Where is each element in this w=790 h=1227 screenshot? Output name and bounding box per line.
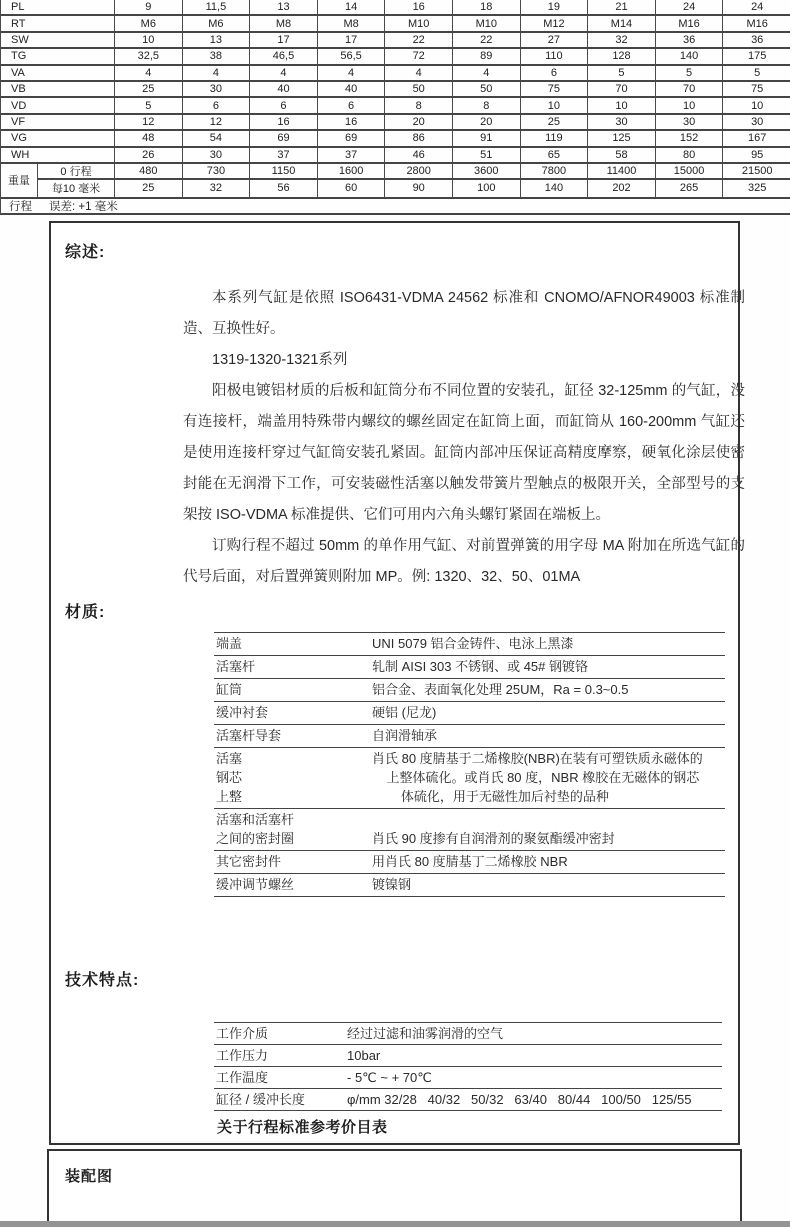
spec-cell: 16 [385, 0, 453, 14]
material-row: 活塞 钢芯 上整肖氏 80 度腈基于二烯橡胶(NBR)在装有可塑铁质永磁体的 上… [214, 748, 725, 809]
material-row-value: 铝合金、表面氧化处理 25UM，Ra = 0.3~0.5 [372, 680, 725, 699]
spec-cell: 13 [250, 0, 318, 14]
weight-cell: 11400 [588, 164, 656, 180]
spec-cell: 26 [115, 148, 183, 162]
weight-rows: 重量0 行程4807301150160028003600780011400150… [1, 164, 790, 199]
spec-cell: 46,5 [250, 49, 318, 63]
spec-cell: M14 [588, 16, 656, 30]
spec-cell: 4 [318, 66, 386, 80]
spec-cell: 13 [183, 33, 251, 47]
weight-cell: 56 [250, 180, 318, 196]
material-row-label: 端盖 [214, 634, 372, 653]
spec-cell: 75 [521, 82, 589, 96]
spec-cell: 8 [453, 98, 521, 112]
spec-cell: M12 [521, 16, 589, 30]
material-row-value: 轧制 AISI 303 不锈钢、或 45# 钢镀铬 [372, 657, 725, 676]
tech-row-value: - 5℃ ~ + 70℃ [347, 1069, 722, 1087]
overview-box: 综述: 本系列气缸是依照 ISO6431-VDMA 24562 标准和 CNOM… [49, 221, 740, 1145]
spec-cell: 175 [723, 49, 790, 63]
weight-cell: 1600 [318, 164, 386, 180]
weight-cell: 15000 [656, 164, 724, 180]
spec-cell: M10 [453, 16, 521, 30]
spec-row-rt: RTM6M6M8M8M10M10M12M14M16M16 [1, 16, 790, 32]
tech-row-value: 经过过滤和油雾润滑的空气 [347, 1025, 722, 1043]
spec-row-vg: VG485469698691119125152167 [1, 131, 790, 147]
spec-cell: 6 [318, 98, 386, 112]
material-row: 其它密封件用肖氏 80 度腈基丁二烯橡胶 NBR [214, 851, 725, 874]
weight-sub-label: 0 行程 [38, 164, 115, 180]
material-row-label: 缸筒 [214, 680, 372, 699]
spec-row-vb: VB25304040505075707075 [1, 82, 790, 98]
spec-cell: 8 [385, 98, 453, 112]
spec-cell: M16 [656, 16, 724, 30]
spec-cell: 4 [183, 66, 251, 80]
spec-cell: M8 [318, 16, 386, 30]
spec-cell: 89 [453, 49, 521, 63]
material-row-value: 硬铝 (尼龙) [372, 703, 725, 722]
spec-table: PL911,51314161819212424RTM6M6M8M8M10M10M… [0, 0, 790, 215]
tech-row: 缸径 / 缓冲长度φ/mm 32/28 40/32 50/32 63/40 80… [214, 1089, 722, 1111]
spec-cell: 70 [656, 82, 724, 96]
material-row-label: 缓冲调节螺丝 [214, 875, 372, 894]
weight-cell: 2800 [385, 164, 453, 180]
spec-cell: 91 [453, 131, 521, 145]
spec-cell: 18 [453, 0, 521, 14]
stroke-price-note: 关于行程标准参考价目表 [217, 1116, 388, 1137]
material-row: 端盖UNI 5079 铝合金铸件、电泳上黑漆 [214, 633, 725, 656]
stroke-tolerance-note: 误差: +1 毫米 [43, 198, 118, 214]
spec-row-label: TG [1, 49, 115, 63]
material-row-label: 活塞杆导套 [214, 726, 372, 745]
overview-paragraphs: 本系列气缸是依照 ISO6431-VDMA 24562 标准和 CNOMO/AF… [183, 283, 745, 593]
material-row-value: 用肖氏 80 度腈基丁二烯橡胶 NBR [372, 852, 725, 871]
spec-cell: 38 [183, 49, 251, 63]
spec-cell: 17 [250, 33, 318, 47]
spec-cell: 5 [588, 66, 656, 80]
spec-cell: 4 [115, 66, 183, 80]
spec-row-tg: TG32,53846,556,57289110128140175 [1, 49, 790, 65]
spec-cell: 20 [453, 115, 521, 129]
stroke-label: 行程 [1, 198, 43, 214]
scan-bottom-edge [0, 1221, 790, 1227]
material-row-label: 活塞和活塞杆 之间的密封圈 [214, 810, 372, 848]
spec-cell: 24 [656, 0, 724, 14]
overview-paragraph: 阳极电镀铝材质的后板和缸筒分布不同位置的安装孔，缸径 32-125mm 的气缸，… [183, 376, 745, 531]
spec-cell: 80 [656, 148, 724, 162]
weight-cell: 325 [723, 180, 790, 196]
material-row-label: 活塞 钢芯 上整 [214, 749, 372, 806]
tech-heading: 技术特点: [65, 967, 139, 990]
tech-row: 工作压力10bar [214, 1045, 722, 1067]
spec-cell: 22 [385, 33, 453, 47]
spec-cell: 37 [250, 148, 318, 162]
spec-cell: 4 [385, 66, 453, 80]
spec-cell: 119 [521, 131, 589, 145]
spec-cell: 4 [250, 66, 318, 80]
stroke-row: 行程 误差: +1 毫米 [1, 199, 790, 215]
spec-cell: 167 [723, 131, 790, 145]
spec-cell: 4 [453, 66, 521, 80]
spec-row-vf: VF12121616202025303030 [1, 115, 790, 131]
spec-cell: 21 [588, 0, 656, 14]
spec-cell: 50 [453, 82, 521, 96]
spec-cell: 20 [385, 115, 453, 129]
spec-cell: 16 [250, 115, 318, 129]
spec-cell: 12 [183, 115, 251, 129]
tech-table: 工作介质经过过滤和油雾润滑的空气工作压力10bar工作温度- 5℃ ~ + 70… [214, 1022, 722, 1111]
material-row-value: 肖氏 80 度腈基于二烯橡胶(NBR)在装有可塑铁质永磁体的 上整体硫化。或肖氏… [372, 749, 725, 806]
spec-cell: 110 [521, 49, 589, 63]
spec-cell: 5 [656, 66, 724, 80]
material-row: 缸筒铝合金、表面氧化处理 25UM，Ra = 0.3~0.5 [214, 679, 725, 702]
spec-cell: 86 [385, 131, 453, 145]
spec-cell: 65 [521, 148, 589, 162]
spec-table-rows: PL911,51314161819212424RTM6M6M8M8M10M10M… [1, 0, 790, 164]
spec-cell: M6 [115, 16, 183, 30]
weight-cell: 480 [115, 164, 183, 180]
spec-cell: 17 [318, 33, 386, 47]
spec-cell: 9 [115, 0, 183, 14]
weight-cell: 265 [656, 180, 724, 196]
spec-row-label: RT [1, 16, 115, 30]
spec-cell: 70 [588, 82, 656, 96]
spec-cell: 69 [250, 131, 318, 145]
spec-cell: 10 [521, 98, 589, 112]
spec-cell: 30 [183, 82, 251, 96]
spec-cell: 125 [588, 131, 656, 145]
spec-cell: 30 [656, 115, 724, 129]
weight-sub-label: 每10 毫米 [38, 180, 115, 196]
overview-paragraph: 本系列气缸是依照 ISO6431-VDMA 24562 标准和 CNOMO/AF… [183, 283, 745, 345]
spec-cell: 36 [723, 33, 790, 47]
spec-cell: 30 [588, 115, 656, 129]
tech-row-value: φ/mm 32/28 40/32 50/32 63/40 80/44 100/5… [347, 1091, 722, 1109]
material-row: 缓冲衬套硬铝 (尼龙) [214, 702, 725, 725]
spec-cell: 40 [250, 82, 318, 96]
weight-cell: 90 [385, 180, 453, 196]
weight-cell: 140 [521, 180, 589, 196]
material-row-value: 镀镍钢 [372, 875, 725, 894]
spec-cell: 27 [521, 33, 589, 47]
tech-row-label: 工作压力 [214, 1047, 347, 1065]
weight-cell: 7800 [521, 164, 589, 180]
spec-cell: 16 [318, 115, 386, 129]
weight-cell: 100 [453, 180, 521, 196]
spec-cell: 54 [183, 131, 251, 145]
spec-cell: 19 [521, 0, 589, 14]
spec-cell: 6 [250, 98, 318, 112]
spec-cell: 140 [656, 49, 724, 63]
material-row-value: 肖氏 90 度掺有自润滑剂的聚氨酯缓冲密封 [372, 829, 725, 848]
spec-cell: 152 [656, 131, 724, 145]
spec-cell: 5 [115, 98, 183, 112]
spec-cell: 10 [115, 33, 183, 47]
spec-row-label: VD [1, 98, 115, 112]
spec-cell: 51 [453, 148, 521, 162]
spec-cell: 37 [318, 148, 386, 162]
material-row-value: UNI 5079 铝合金铸件、电泳上黑漆 [372, 634, 725, 653]
spec-cell: 25 [115, 82, 183, 96]
spec-cell: 69 [318, 131, 386, 145]
spec-cell: 11,5 [183, 0, 251, 14]
weight-cell: 3600 [453, 164, 521, 180]
materials-heading: 材质: [65, 599, 105, 622]
material-row: 活塞和活塞杆 之间的密封圈肖氏 90 度掺有自润滑剂的聚氨酯缓冲密封 [214, 809, 725, 851]
spec-cell: M8 [250, 16, 318, 30]
spec-cell: 32 [588, 33, 656, 47]
spec-cell: 50 [385, 82, 453, 96]
material-row-value: 自润滑轴承 [372, 726, 725, 745]
spec-cell: 12 [115, 115, 183, 129]
spec-cell: 24 [723, 0, 790, 14]
spec-row-label: WH [1, 148, 115, 162]
spec-row-label: PL [1, 0, 115, 14]
spec-cell: 10 [656, 98, 724, 112]
spec-cell: 10 [723, 98, 790, 112]
weight-cell: 32 [183, 180, 251, 196]
spec-cell: 30 [183, 148, 251, 162]
spec-cell: 46 [385, 148, 453, 162]
spec-row-vd: VD56668810101010 [1, 98, 790, 114]
tech-row: 工作介质经过过滤和油雾润滑的空气 [214, 1023, 722, 1045]
spec-cell: 10 [588, 98, 656, 112]
material-row: 缓冲调节螺丝镀镍钢 [214, 874, 725, 897]
tech-row: 工作温度- 5℃ ~ + 70℃ [214, 1067, 722, 1089]
spec-cell: 25 [521, 115, 589, 129]
overview-paragraph: 订购行程不超过 50mm 的单作用气缸、对前置弹簧的用字母 MA 附加在所选气缸… [183, 531, 745, 593]
material-row: 活塞杆轧制 AISI 303 不锈钢、或 45# 钢镀铬 [214, 656, 725, 679]
materials-table: 端盖UNI 5079 铝合金铸件、电泳上黑漆活塞杆轧制 AISI 303 不锈钢… [214, 632, 725, 897]
spec-cell: 22 [453, 33, 521, 47]
material-row-label: 其它密封件 [214, 852, 372, 871]
spec-row-label: VG [1, 131, 115, 145]
tech-row-label: 缸径 / 缓冲长度 [214, 1091, 347, 1109]
spec-row-label: SW [1, 33, 115, 47]
spec-cell: M6 [183, 16, 251, 30]
spec-row-label: VB [1, 82, 115, 96]
material-row-label: 缓冲衬套 [214, 703, 372, 722]
spec-row-label: VF [1, 115, 115, 129]
weight-cell: 730 [183, 164, 251, 180]
overview-paragraph: 1319-1320-1321系列 [183, 345, 745, 376]
weight-cell: 25 [115, 180, 183, 196]
spec-row-label: VA [1, 66, 115, 80]
weight-cell: 21500 [723, 164, 790, 180]
spec-cell: 75 [723, 82, 790, 96]
spec-cell: 6 [521, 66, 589, 80]
spec-cell: 40 [318, 82, 386, 96]
spec-cell: 5 [723, 66, 790, 80]
overview-heading: 综述: [65, 239, 105, 262]
material-row-label: 活塞杆 [214, 657, 372, 676]
spec-row-sw: SW10131717222227323636 [1, 33, 790, 49]
spec-cell: M10 [385, 16, 453, 30]
assembly-box: 装配图 [47, 1149, 742, 1227]
weight-cell: 1150 [250, 164, 318, 180]
weight-label: 重量 [1, 164, 38, 197]
spec-cell: 72 [385, 49, 453, 63]
spec-cell: 30 [723, 115, 790, 129]
spec-cell: 36 [656, 33, 724, 47]
spec-cell: 58 [588, 148, 656, 162]
spec-row-wh: WH26303737465165588095 [1, 148, 790, 164]
spec-cell: 32,5 [115, 49, 183, 63]
spec-cell: 6 [183, 98, 251, 112]
tech-row-label: 工作介质 [214, 1025, 347, 1043]
weight-cell: 60 [318, 180, 386, 196]
tech-row-value: 10bar [347, 1047, 722, 1065]
spec-cell: 56,5 [318, 49, 386, 63]
spec-row-pl: PL911,51314161819212424 [1, 0, 790, 16]
spec-cell: 14 [318, 0, 386, 14]
spec-cell: 128 [588, 49, 656, 63]
spec-cell: 48 [115, 131, 183, 145]
material-row: 活塞杆导套自润滑轴承 [214, 725, 725, 748]
spec-row-va: VA4444446555 [1, 66, 790, 82]
weight-cell: 202 [588, 180, 656, 196]
spec-cell: M16 [723, 16, 790, 30]
assembly-heading: 装配图 [65, 1165, 113, 1186]
spec-cell: 95 [723, 148, 790, 162]
tech-row-label: 工作温度 [214, 1069, 347, 1087]
